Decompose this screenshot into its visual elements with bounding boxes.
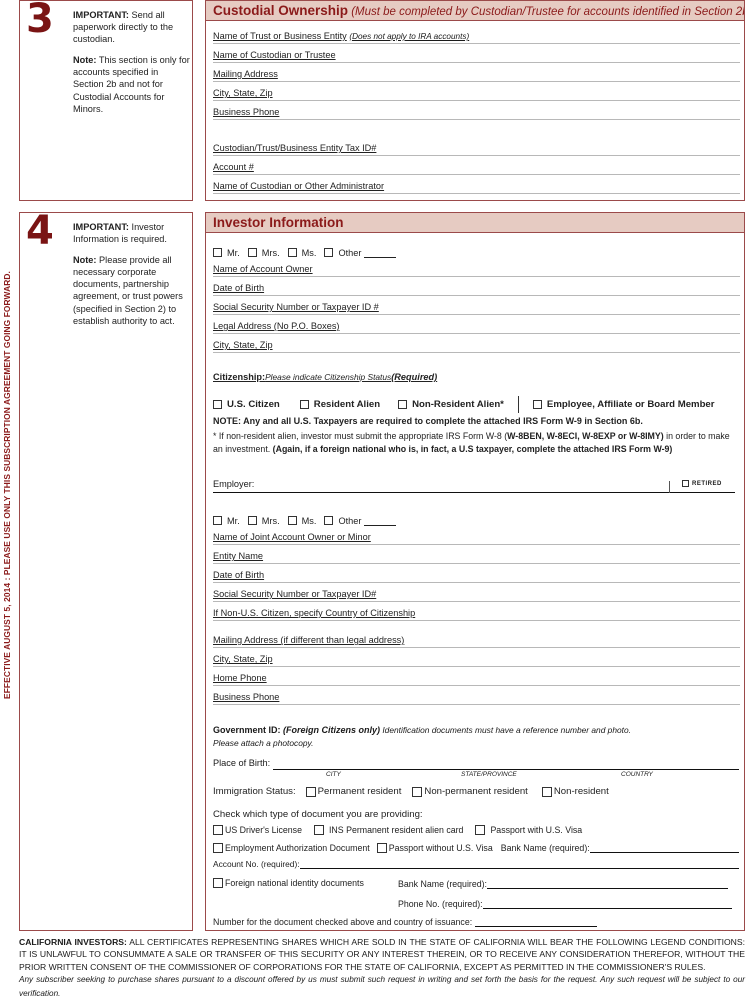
section-4-notes: IMPORTANT: Investor Information is requi… (73, 221, 191, 336)
investor-information-section: Investor Information Mr. Mrs. Ms. Other … (205, 212, 745, 931)
checkbox-non-resident[interactable] (542, 787, 552, 797)
section-title: Custodial Ownership (213, 3, 348, 18)
home-phone-field[interactable]: Home Phone (213, 672, 740, 686)
owner-city-state-zip-field[interactable]: City, State, Zip (213, 339, 740, 353)
document-number-input[interactable] (475, 916, 597, 927)
owner-ssn-field[interactable]: Social Security Number or Taxpayer ID # (213, 301, 740, 315)
joint-other-salutation-input[interactable] (364, 515, 396, 526)
account-owner-name-field[interactable]: Name of Account Owner (213, 263, 740, 277)
checkbox-joint-mrs[interactable] (248, 516, 257, 525)
checkbox-resident-alien[interactable] (300, 400, 309, 409)
account-number-field[interactable]: Account # (213, 161, 740, 175)
place-of-birth-field[interactable]: Place of Birth: (213, 758, 739, 770)
phone-no-input[interactable] (483, 898, 732, 909)
account-number-row: Account No. (required): (213, 858, 739, 869)
business-phone-field[interactable]: Business Phone (213, 106, 740, 120)
joint-mailing-address-field[interactable]: Mailing Address (if different than legal… (213, 634, 740, 648)
checkbox-joint-other[interactable] (324, 516, 333, 525)
section-3-notes: IMPORTANT: Send all paperwork directly t… (73, 9, 191, 124)
section-3-sidebar: 3 IMPORTANT: Send all paperwork directly… (19, 0, 193, 201)
joint-dob-field[interactable]: Date of Birth (213, 569, 740, 583)
section-header: Custodial Ownership (Must be completed b… (206, 1, 744, 21)
custodial-ownership-section: Custodial Ownership (Must be completed b… (205, 0, 745, 201)
bank-name-row-2: Bank Name (required): (398, 878, 728, 889)
checkbox-passport-no-visa[interactable] (377, 843, 387, 853)
checkbox-passport-visa[interactable] (475, 825, 485, 835)
checkbox-non-resident-alien[interactable] (398, 400, 407, 409)
w8-footnote: * If non-resident alien, investor must s… (213, 430, 733, 455)
effective-date-banner: EFFECTIVE AUGUST 5, 2014 : PLEASE USE ON… (2, 240, 12, 730)
checkbox-ms[interactable] (288, 248, 297, 257)
foreign-docs-row: Foreign national identity documents (213, 878, 364, 888)
document-number-row: Number for the document checked above an… (213, 916, 597, 927)
checkbox-mr[interactable] (213, 248, 222, 257)
document-options-row2: Employment Authorization Document Passpo… (213, 842, 739, 853)
checkbox-us-citizen[interactable] (213, 400, 222, 409)
city-state-zip-field[interactable]: City, State, Zip (213, 87, 740, 101)
section-4-sidebar: 4 IMPORTANT: Investor Information is req… (19, 212, 193, 931)
checkbox-drivers-license[interactable] (213, 825, 223, 835)
divider (518, 396, 519, 413)
checkbox-ins-card[interactable] (314, 825, 324, 835)
checkbox-employment-auth[interactable] (213, 843, 223, 853)
section-number: 4 (26, 211, 54, 251)
entity-name-field[interactable]: Entity Name (213, 550, 740, 564)
salutation-row: Mr. Mrs. Ms. Other (213, 247, 396, 258)
checkbox-employee-affiliate[interactable] (533, 400, 542, 409)
country-of-citizenship-field[interactable]: If Non-U.S. Citizen, specify Country of … (213, 607, 740, 621)
owner-dob-field[interactable]: Date of Birth (213, 282, 740, 296)
other-salutation-input[interactable] (364, 247, 396, 258)
administrator-name-field[interactable]: Name of Custodian or Other Administrator (213, 180, 740, 194)
checkbox-joint-mr[interactable] (213, 516, 222, 525)
joint-owner-name-field[interactable]: Name of Joint Account Owner or Minor (213, 531, 740, 545)
checkbox-joint-ms[interactable] (288, 516, 297, 525)
pob-country-caption: Country (621, 771, 653, 778)
legal-address-field[interactable]: Legal Address (No P.O. Boxes) (213, 320, 740, 334)
citizenship-label: Citizenship: Please indicate Citizenship… (213, 372, 437, 382)
joint-ssn-field[interactable]: Social Security Number or Taxpayer ID# (213, 588, 740, 602)
document-type-prompt: Check which type of document you are pro… (213, 809, 423, 820)
account-no-input[interactable] (300, 858, 739, 869)
citizenship-options: U.S. Citizen Resident Alien Non-Resident… (213, 396, 715, 413)
bank-name-input-2[interactable] (487, 878, 728, 889)
section-title: Investor Information (213, 215, 344, 230)
trust-name-field[interactable]: Name of Trust or Business Entity (Does n… (213, 30, 740, 44)
checkbox-foreign-docs[interactable] (213, 878, 223, 888)
checkbox-mrs[interactable] (248, 248, 257, 257)
immigration-status-row: Immigration Status: Permanent resident N… (213, 786, 609, 797)
tax-id-field[interactable]: Custodian/Trust/Business Entity Tax ID# (213, 142, 740, 156)
section-header: Investor Information (206, 213, 744, 233)
employer-field[interactable]: Employer: RETIRED (213, 479, 735, 493)
government-id-heading: Government ID: (Foreign Citizens only) I… (213, 724, 738, 750)
document-options-row1: US Driver's License INS Permanent reside… (213, 825, 582, 835)
bank-name-input-1[interactable] (590, 842, 739, 853)
joint-business-phone-field[interactable]: Business Phone (213, 691, 740, 705)
custodian-name-field[interactable]: Name of Custodian or Trustee (213, 49, 740, 63)
phone-number-row: Phone No. (required): (398, 898, 732, 909)
retired-option[interactable]: RETIRED (682, 480, 722, 487)
california-investors-notice: CALIFORNIA INVESTORS: ALL CERTIFICATES R… (19, 936, 745, 1000)
checkbox-other[interactable] (324, 248, 333, 257)
mailing-address-field[interactable]: Mailing Address (213, 68, 740, 82)
checkbox-permanent-resident[interactable] (306, 787, 316, 797)
pob-state-caption: State/Province (461, 771, 517, 778)
checkbox-non-permanent-resident[interactable] (412, 787, 422, 797)
pob-city-caption: City (326, 771, 341, 778)
checkbox-retired[interactable] (682, 480, 689, 487)
joint-city-state-zip-field[interactable]: City, State, Zip (213, 653, 740, 667)
joint-salutation-row: Mr. Mrs. Ms. Other (213, 515, 396, 526)
section-number: 3 (26, 0, 54, 39)
w9-note: NOTE: Any and all U.S. Taxpayers are req… (213, 416, 643, 426)
